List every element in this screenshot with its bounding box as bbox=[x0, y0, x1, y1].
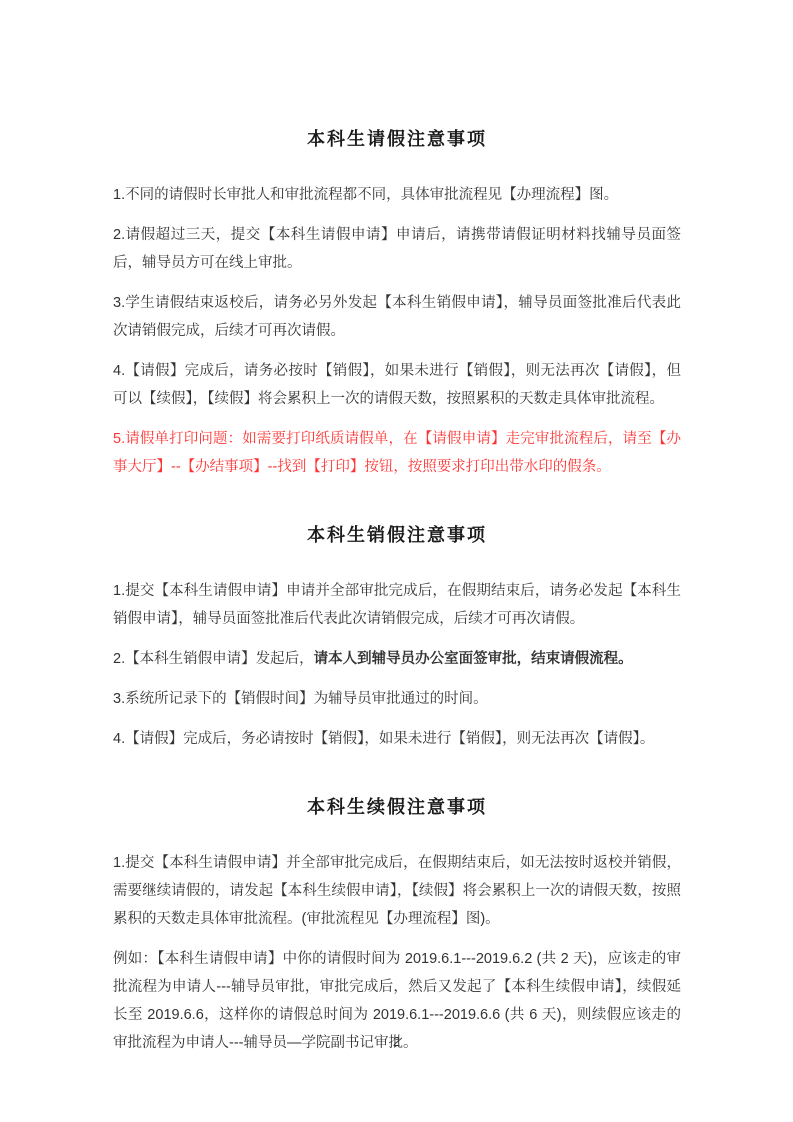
text-run: 2.【本科生销假申请】发起后， bbox=[113, 651, 314, 667]
page-number: 2 bbox=[393, 1034, 400, 1049]
text-run: 4.【请假】完成后，务必请按时【销假】，如果未进行【销假】，则无法再次【请假】。 bbox=[113, 731, 654, 747]
paragraph: 1.不同的请假时长审批人和审批流程都不同，具体审批流程见【办理流程】图。 bbox=[113, 181, 681, 209]
text-run: 1.提交【本科生请假申请】并全部审批完成后，在假期结束后，如无法按时返校并销假，… bbox=[113, 855, 681, 927]
document-page: 本科生请假注意事项1.不同的请假时长审批人和审批流程都不同，具体审批流程见【办理… bbox=[0, 0, 793, 1122]
paragraph-red-note: 5.请假单打印问题：如需要打印纸质请假单，在【请假申请】走完审批流程后，请至【办… bbox=[113, 425, 681, 481]
text-run: 1.提交【本科生请假申请】申请并全部审批完成后，在假期结束后，请务必发起【本科生… bbox=[113, 583, 681, 627]
section-title: 本科生续假注意事项 bbox=[113, 795, 681, 819]
text-run: 1.不同的请假时长审批人和审批流程都不同，具体审批流程见【办理流程】图。 bbox=[113, 187, 618, 203]
text-run: 3.学生请假结束返校后，请务必另外发起【本科生销假申请】，辅导员面签批准后代表此… bbox=[113, 295, 681, 339]
text-run: 4.【请假】完成后，请务必按时【销假】，如果未进行【销假】，则无法再次【请假】，… bbox=[113, 363, 681, 407]
paragraph: 4.【请假】完成后，请务必按时【销假】，如果未进行【销假】，则无法再次【请假】，… bbox=[113, 357, 681, 413]
text-run: 2.请假超过三天，提交【本科生请假申请】申请后，请携带请假证明材料找辅导员面签后… bbox=[113, 227, 681, 271]
section-title: 本科生请假注意事项 bbox=[113, 127, 681, 151]
paragraph: 1.提交【本科生请假申请】申请并全部审批完成后，在假期结束后，请务必发起【本科生… bbox=[113, 577, 681, 633]
section-title: 本科生销假注意事项 bbox=[113, 523, 681, 547]
paragraph: 3.系统所记录下的【销假时间】为辅导员审批通过的时间。 bbox=[113, 685, 681, 713]
paragraph: 4.【请假】完成后，务必请按时【销假】，如果未进行【销假】，则无法再次【请假】。 bbox=[113, 725, 681, 753]
text-run: 5.请假单打印问题：如需要打印纸质请假单，在【请假申请】走完审批流程后，请至【办… bbox=[113, 431, 681, 475]
bold-text-run: 请本人到辅导员办公室面签审批，结束请假流程。 bbox=[314, 651, 633, 667]
page-footer: 2 bbox=[0, 1034, 793, 1049]
text-run: 3.系统所记录下的【销假时间】为辅导员审批通过的时间。 bbox=[113, 691, 488, 707]
paragraph: 3.学生请假结束返校后，请务必另外发起【本科生销假申请】，辅导员面签批准后代表此… bbox=[113, 289, 681, 345]
paragraph: 1.提交【本科生请假申请】并全部审批完成后，在假期结束后，如无法按时返校并销假，… bbox=[113, 849, 681, 933]
document-content: 本科生请假注意事项1.不同的请假时长审批人和审批流程都不同，具体审批流程见【办理… bbox=[113, 0, 681, 1057]
paragraph: 2.请假超过三天，提交【本科生请假申请】申请后，请携带请假证明材料找辅导员面签后… bbox=[113, 221, 681, 277]
paragraph: 2.【本科生销假申请】发起后，请本人到辅导员办公室面签审批，结束请假流程。 bbox=[113, 645, 681, 673]
